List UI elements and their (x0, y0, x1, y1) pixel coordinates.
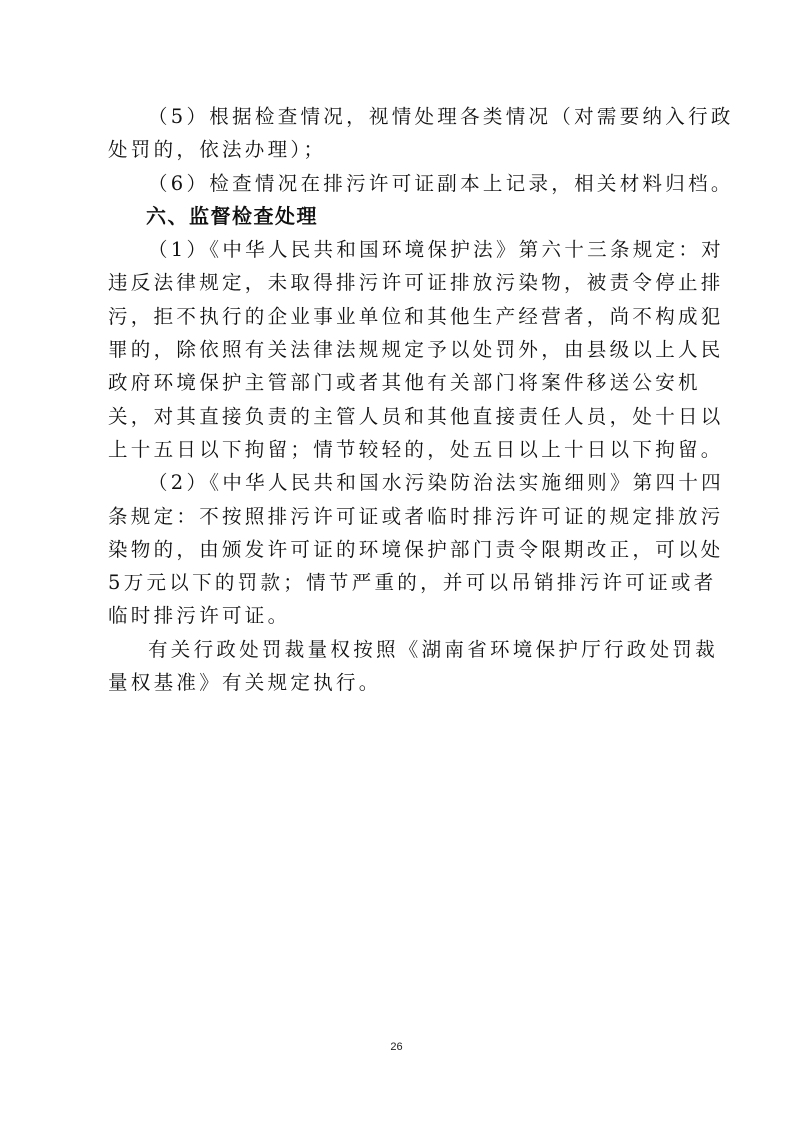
section-heading: 六、监督检查处理 (108, 200, 693, 233)
list-item-5-line-1: （5）根据检查情况，视情处理各类情况（对需要纳入行政 (108, 100, 693, 133)
paragraph-2-line-3: 染物的，由颁发许可证的环境保护部门责令限期改正，可以处 (108, 533, 693, 566)
paragraph-1-line-3: 污，拒不执行的企业事业单位和其他生产经营者，尚不构成犯 (108, 300, 693, 333)
paragraph-1-line-7: 上十五日以下拘留；情节较轻的，处五日以上十日以下拘留。 (108, 433, 693, 466)
list-item-6: （6）检查情况在排污许可证副本上记录，相关材料归档。 (108, 167, 693, 200)
paragraph-2-line-1: （2）《中华人民共和国水污染防治法实施细则》第四十四 (108, 466, 693, 499)
paragraph-1-line-4: 罪的，除依照有关法律法规规定予以处罚外，由县级以上人民 (108, 333, 693, 366)
paragraph-2-line-5: 临时排污许可证。 (108, 599, 693, 632)
list-item-5-line-2: 处罚的，依法办理）； (108, 133, 693, 166)
paragraph-2-line-4: 5万元以下的罚款；情节严重的，并可以吊销排污许可证或者 (108, 566, 693, 599)
document-page: （5）根据检查情况，视情处理各类情况（对需要纳入行政 处罚的，依法办理）； （6… (108, 100, 693, 699)
paragraph-1-line-6: 关，对其直接负责的主管人员和其他直接责任人员，处十日以 (108, 400, 693, 433)
page-number: 26 (0, 1041, 793, 1053)
paragraph-1-line-1: （1）《中华人民共和国环境保护法》第六十三条规定：对 (108, 233, 693, 266)
paragraph-3-line-1: 有关行政处罚裁量权按照《湖南省环境保护厅行政处罚裁 (108, 633, 693, 666)
paragraph-3-line-2: 量权基准》有关规定执行。 (108, 666, 693, 699)
paragraph-1-line-2: 违反法律规定，未取得排污许可证排放污染物，被责令停止排 (108, 266, 693, 299)
paragraph-2-line-2: 条规定：不按照排污许可证或者临时排污许可证的规定排放污 (108, 500, 693, 533)
paragraph-1-line-5: 政府环境保护主管部门或者其他有关部门将案件移送公安机 (108, 366, 693, 399)
